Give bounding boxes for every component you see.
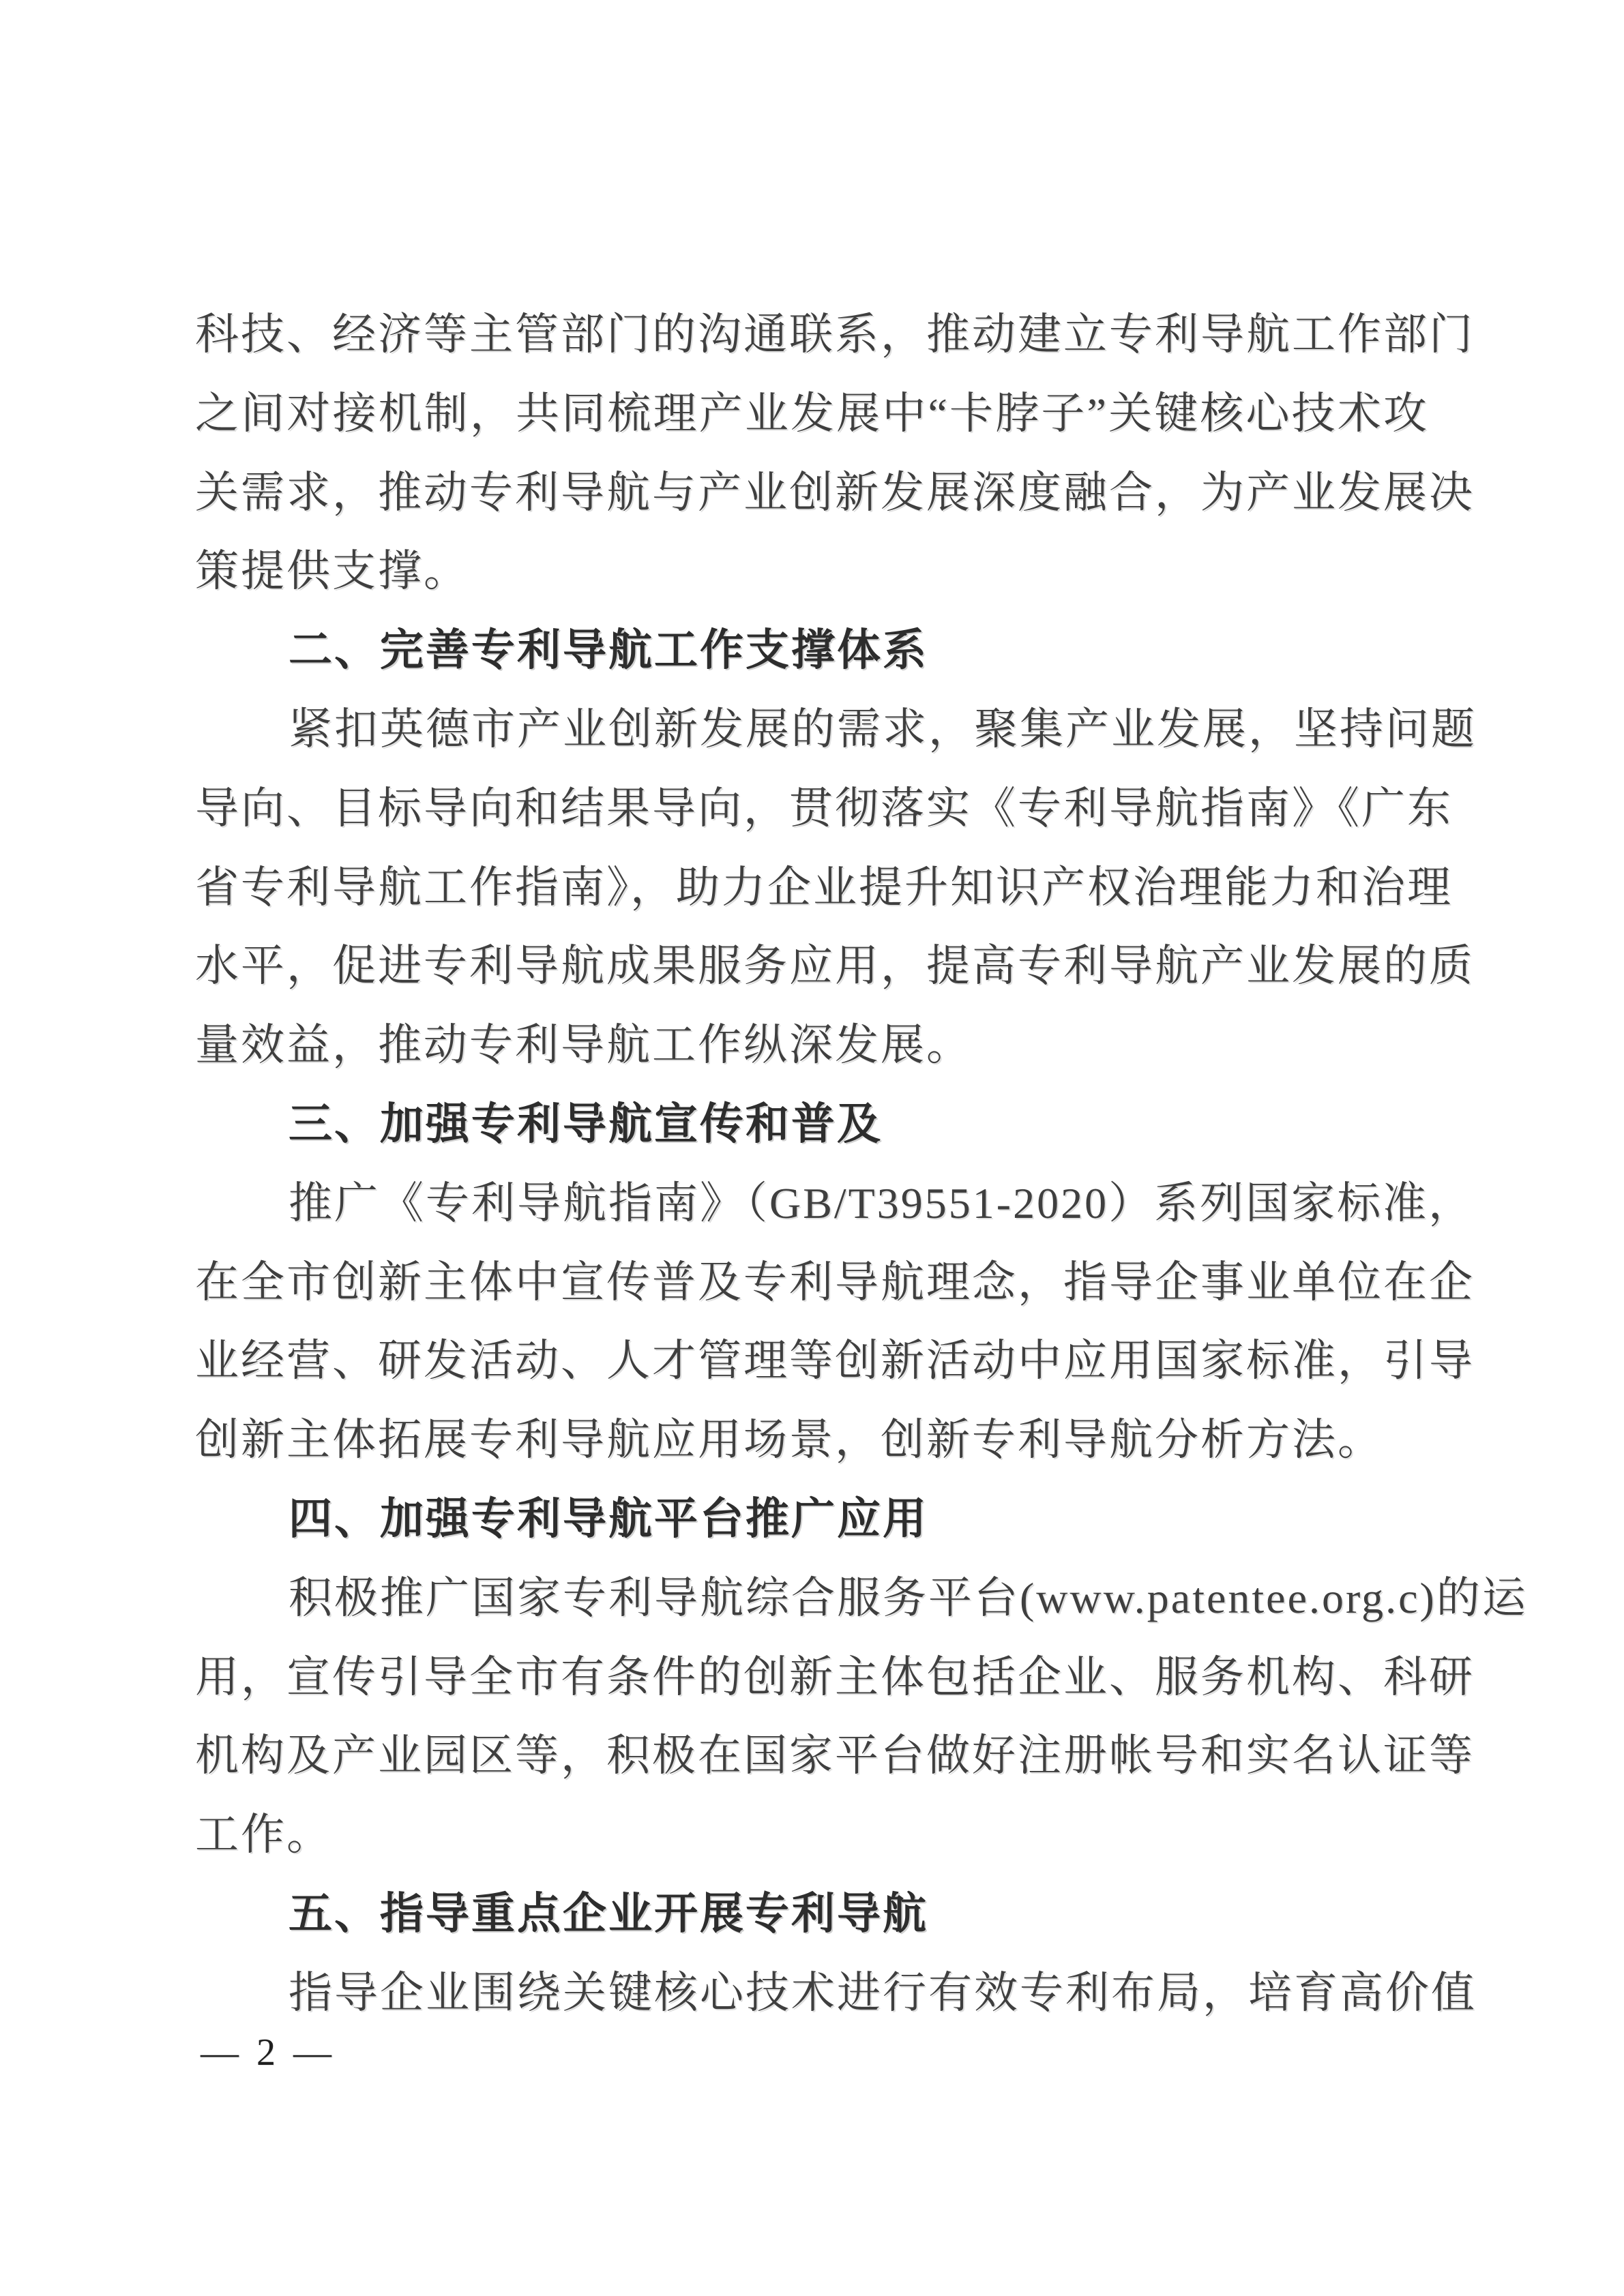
paragraph-line: 指导企业围绕关键核心技术进行有效专利布局，培育高价值 bbox=[195, 1954, 1429, 2033]
paragraph-line: 业经营、研发活动、人才管理等创新活动中应用国家标准，引导 bbox=[195, 1322, 1429, 1401]
page-number: — 2 — bbox=[201, 2031, 336, 2074]
section-heading-2: 二、完善专利导航工作支撑体系 bbox=[195, 611, 1429, 690]
paragraph-line: 省专利导航工作指南》，助力企业提升知识产权治理能力和治理 bbox=[195, 848, 1429, 927]
paragraph-line: 策提供支撑。 bbox=[195, 532, 1429, 611]
paragraph-line: 紧扣英德市产业创新发展的需求，聚集产业发展，坚持问题 bbox=[195, 690, 1429, 769]
paragraph-line: 创新主体拓展专利导航应用场景，创新专利导航分析方法。 bbox=[195, 1401, 1429, 1480]
paragraph-line: 关需求，推动专利导航与产业创新发展深度融合，为产业发展决 bbox=[195, 453, 1429, 533]
paragraph-line: 积极推广国家专利导航综合服务平台(www.patentee.org.c)的运 bbox=[195, 1559, 1429, 1638]
paragraph-line: 之间对接机制，共同梳理产业发展中“卡脖子”关键核心技术攻 bbox=[195, 374, 1429, 453]
section-heading-3: 三、加强专利导航宣传和普及 bbox=[195, 1085, 1429, 1164]
paragraph-line: 水平，促进专利导航成果服务应用，提高专利导航产业发展的质 bbox=[195, 927, 1429, 1006]
document-page: 科技、经济等主管部门的沟通联系，推动建立专利导航工作部门 之间对接机制，共同梳理… bbox=[0, 0, 1624, 2296]
paragraph-line: 用，宣传引导全市有条件的创新主体包括企业、服务机构、科研 bbox=[195, 1638, 1429, 1717]
paragraph-line: 推广《专利导航指南》（GB/T39551-2020）系列国家标准， bbox=[195, 1164, 1429, 1243]
section-heading-5: 五、指导重点企业开展专利导航 bbox=[195, 1875, 1429, 1954]
paragraph-line: 机构及产业园区等，积极在国家平台做好注册帐号和实名认证等 bbox=[195, 1716, 1429, 1795]
section-heading-4: 四、加强专利导航平台推广应用 bbox=[195, 1480, 1429, 1559]
paragraph-line: 量效益，推动专利导航工作纵深发展。 bbox=[195, 1006, 1429, 1085]
paragraph-line: 在全市创新主体中宣传普及专利导航理念，指导企事业单位在企 bbox=[195, 1243, 1429, 1322]
paragraph-line: 工作。 bbox=[195, 1795, 1429, 1875]
document-body: 科技、经济等主管部门的沟通联系，推动建立专利导航工作部门 之间对接机制，共同梳理… bbox=[195, 295, 1429, 2033]
paragraph-line: 科技、经济等主管部门的沟通联系，推动建立专利导航工作部门 bbox=[195, 295, 1429, 374]
paragraph-line: 导向、目标导向和结果导向，贯彻落实《专利导航指南》《广东 bbox=[195, 769, 1429, 848]
